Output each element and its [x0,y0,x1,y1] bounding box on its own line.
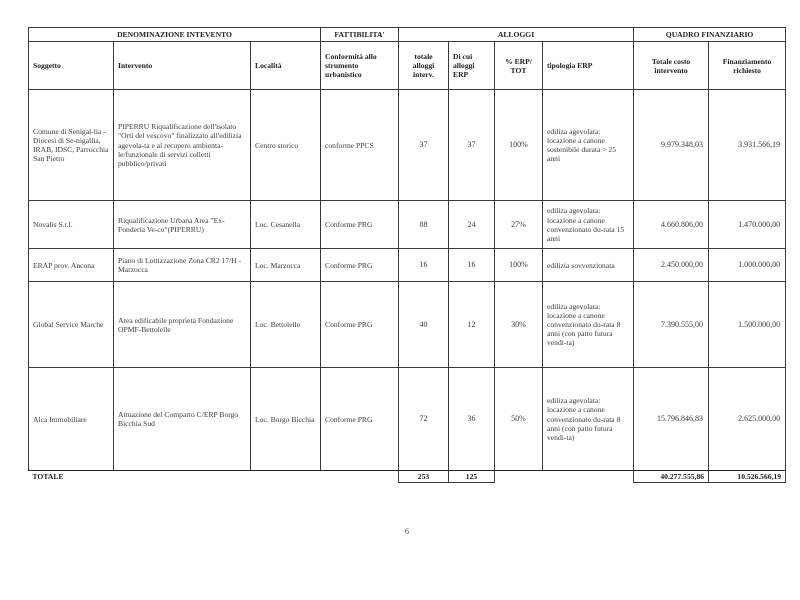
cell-localita: Loc. Marzocca [251,249,321,282]
cell-conformita: Conforme PRG [321,249,399,282]
cell-totale-alloggi: 88 [399,201,449,249]
cell-di-cui-erp: 12 [449,282,495,368]
table-row: ERAP prov. Ancona Piano di Lottizzazione… [29,249,786,282]
cell-soggetto: Novalis S.r.l. [29,201,114,249]
cell-perc-erp: 30% [495,282,543,368]
cell-di-cui-erp: 16 [449,249,495,282]
column-header-di-cui-erp: Di cui alloggi ERP [449,42,495,90]
cell-intervento: Attuazione del Comparto C/ERP Borgo Bicc… [114,368,251,471]
cell-totale-costo: 2.450.000,00 [634,249,709,282]
cell-perc-erp: 50% [495,368,543,471]
cell-intervento: PIPERRU Riqualificazione dell'isolato "O… [114,90,251,201]
housing-intervention-table: DENOMINAZIONE INTEVENTO FATTIBILITA' ALL… [28,27,786,483]
cell-totale-costo: 7.390.555,00 [634,282,709,368]
cell-conformita: Conforme PRG [321,282,399,368]
total-alloggi: 253 [399,471,449,483]
cell-localita: Loc. Borgo Bicchia [251,368,321,471]
totals-spacer [495,471,634,483]
cell-perc-erp: 100% [495,90,543,201]
cell-perc-erp: 100% [495,249,543,282]
cell-perc-erp: 27% [495,201,543,249]
column-header-totale-alloggi: totale alloggi interv. [399,42,449,90]
cell-tipologia-erp: ediliza agevolata: locazione a canone co… [543,282,634,368]
group-header-fattibilita: FATTIBILITA' [321,28,399,42]
cell-conformita: conforme PPCS [321,90,399,201]
cell-soggetto: Alca Immobiliare [29,368,114,471]
totals-row: TOTALE 253 125 40.277.555,86 10.526.566,… [29,471,786,483]
cell-intervento: Riqualificazione Urbana Area "Ex-Fonderi… [114,201,251,249]
column-header-row: Soggetto Intervento Località Conformità … [29,42,786,90]
cell-tipologia-erp: ediliza agevolata: locazione a canone co… [543,201,634,249]
group-header-row: DENOMINAZIONE INTEVENTO FATTIBILITA' ALL… [29,28,786,42]
cell-conformita: Conforme PRG [321,201,399,249]
cell-finanziamento: 1.000.000,00 [709,249,786,282]
cell-soggetto: Global Service Marche [29,282,114,368]
cell-di-cui-erp: 24 [449,201,495,249]
cell-finanziamento: 2.625.000,00 [709,368,786,471]
cell-soggetto: Comune di Senigal-lia - Diocesi di Se-ni… [29,90,114,201]
cell-totale-alloggi: 37 [399,90,449,201]
table-row: Global Service Marche Area edificabile p… [29,282,786,368]
cell-soggetto: ERAP prov. Ancona [29,249,114,282]
page-number: 6 [405,527,409,536]
column-header-soggetto: Soggetto [29,42,114,90]
cell-intervento: Area edificabile proprietà Fondazione OP… [114,282,251,368]
cell-tipologia-erp: ediliza agevolata: locazione a canone co… [543,368,634,471]
column-header-perc-erp: % ERP/ TOT [495,42,543,90]
cell-di-cui-erp: 36 [449,368,495,471]
table-row: Alca Immobiliare Attuazione del Comparto… [29,368,786,471]
column-header-tipologia-erp: tipologia ERP [543,42,634,90]
cell-tipologia-erp: ediliza agevolata: locazione a canone so… [543,90,634,201]
cell-finanziamento: 1.470.000,00 [709,201,786,249]
cell-totale-costo: 4.660.806,00 [634,201,709,249]
cell-totale-costo: 15.796.846,83 [634,368,709,471]
cell-totale-costo: 9.979.348,03 [634,90,709,201]
cell-localita: Loc. Bettolelle [251,282,321,368]
total-di-cui-erp: 125 [449,471,495,483]
column-header-finanziamento: Finanziamento richiesto [709,42,786,90]
cell-totale-alloggi: 40 [399,282,449,368]
cell-tipologia-erp: edilizia sovvenzionata [543,249,634,282]
table-row: Novalis S.r.l. Riqualificazione Urbana A… [29,201,786,249]
table-row: Comune di Senigal-lia - Diocesi di Se-ni… [29,90,786,201]
cell-conformita: Conforme PRG [321,368,399,471]
column-header-intervento: Intervento [114,42,251,90]
cell-localita: Loc. Cesanella [251,201,321,249]
cell-localita: Centro storico [251,90,321,201]
cell-di-cui-erp: 37 [449,90,495,201]
totals-label: TOTALE [29,471,399,483]
cell-totale-alloggi: 72 [399,368,449,471]
column-header-totale-costo: Totale costo intervento [634,42,709,90]
cell-intervento: Piano di Lottizzazione Zona CR2 17/H - M… [114,249,251,282]
group-header-denominazione: DENOMINAZIONE INTEVENTO [29,28,321,42]
group-header-alloggi: ALLOGGI [399,28,634,42]
group-header-quadro-finanziario: QUADRO FINANZIARIO [634,28,786,42]
column-header-localita: Località [251,42,321,90]
total-costo-intervento: 40.277.555,86 [634,471,709,483]
column-header-conformita: Conformità allo strumento urbanistico [321,42,399,90]
total-finanziamento: 10.526.566,19 [709,471,786,483]
cell-totale-alloggi: 16 [399,249,449,282]
cell-finanziamento: 3.931.566,19 [709,90,786,201]
cell-finanziamento: 1.500.000,00 [709,282,786,368]
